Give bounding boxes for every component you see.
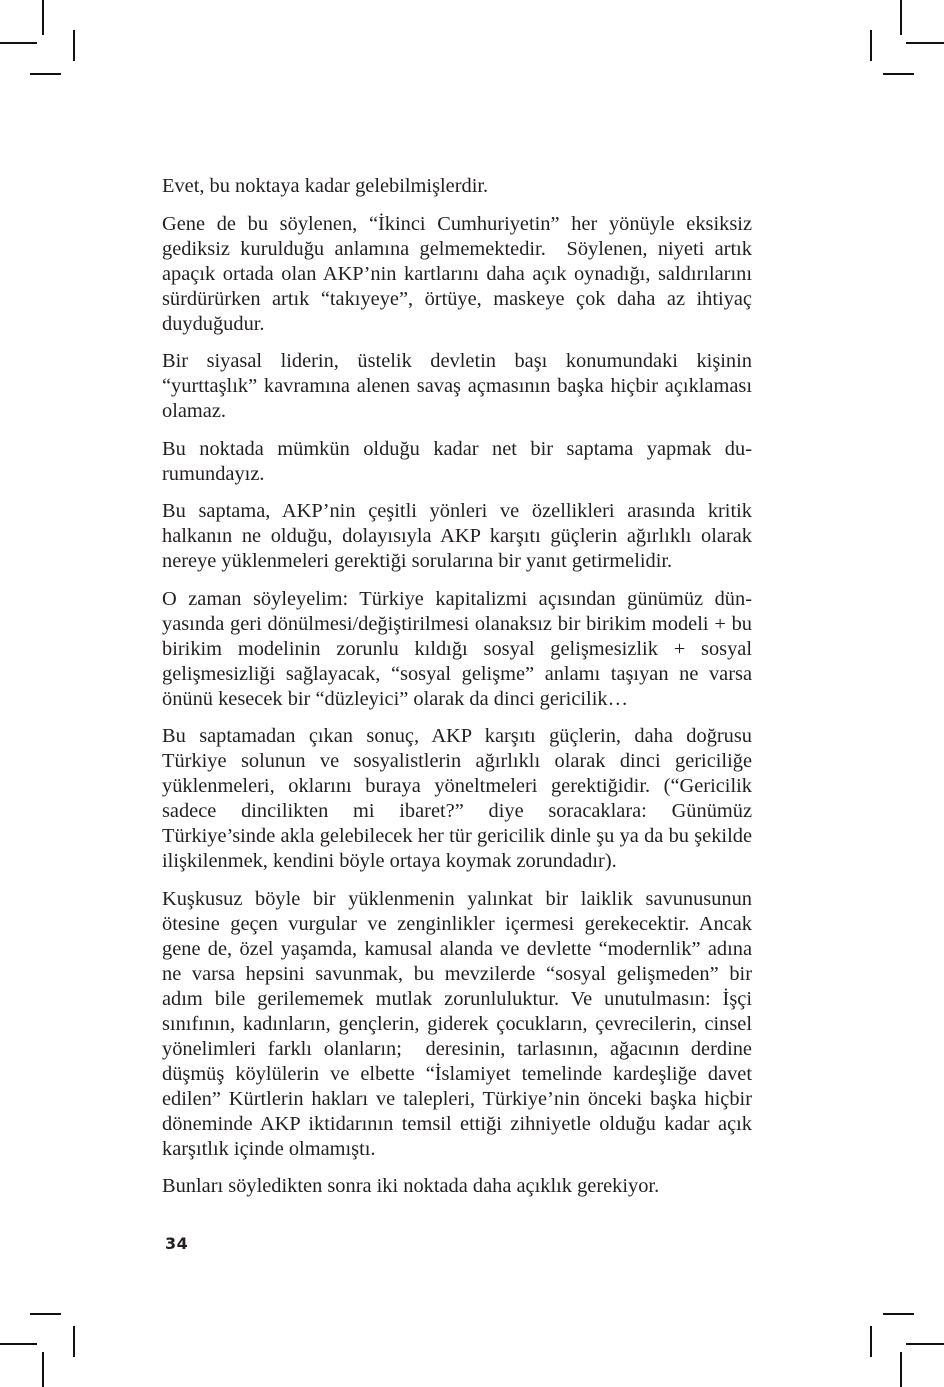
paragraph: Bu saptama, AKP’nin çeşitli yönleri ve ö… [162, 499, 752, 574]
body-text: Evet, bu noktaya kadar gelebilmişlerdir.… [162, 174, 752, 1212]
paragraph: Gene de bu söylenen, “İkinci Cumhuriyeti… [162, 212, 752, 337]
crop-mark [30, 73, 61, 75]
crop-mark [42, 1352, 44, 1387]
crop-mark [906, 42, 944, 44]
paragraph: Bir siyasal liderin, üstelik devletin ba… [162, 349, 752, 424]
crop-mark [30, 1313, 61, 1315]
paragraph: Kuşkusuz böyle bir yüklenmenin yalınkat … [162, 887, 752, 1162]
crop-mark [73, 1326, 75, 1357]
crop-mark [42, 0, 44, 35]
crop-mark [870, 30, 872, 61]
crop-mark [900, 0, 902, 35]
crop-mark [883, 1313, 914, 1315]
paragraph: Bunları söyledikten sonra iki noktada da… [162, 1174, 752, 1199]
paragraph: Evet, bu noktaya kadar gelebilmişlerdir. [162, 174, 752, 199]
paragraph: Bu saptamadan çıkan sonuç, AKP karşıtı g… [162, 724, 752, 874]
page-number: 34 [165, 1234, 188, 1253]
crop-mark [0, 42, 37, 44]
crop-mark [900, 1352, 902, 1387]
crop-mark [73, 30, 75, 61]
book-page: Evet, bu noktaya kadar gelebilmişlerdir.… [0, 0, 944, 1387]
crop-mark [0, 1343, 37, 1345]
crop-mark [883, 73, 914, 75]
crop-mark [906, 1343, 944, 1345]
crop-mark [870, 1326, 872, 1357]
paragraph: O zaman söyleyelim: Türkiye kapitalizmi … [162, 587, 752, 712]
paragraph: Bu noktada mümkün olduğu kadar net bir s… [162, 437, 752, 487]
